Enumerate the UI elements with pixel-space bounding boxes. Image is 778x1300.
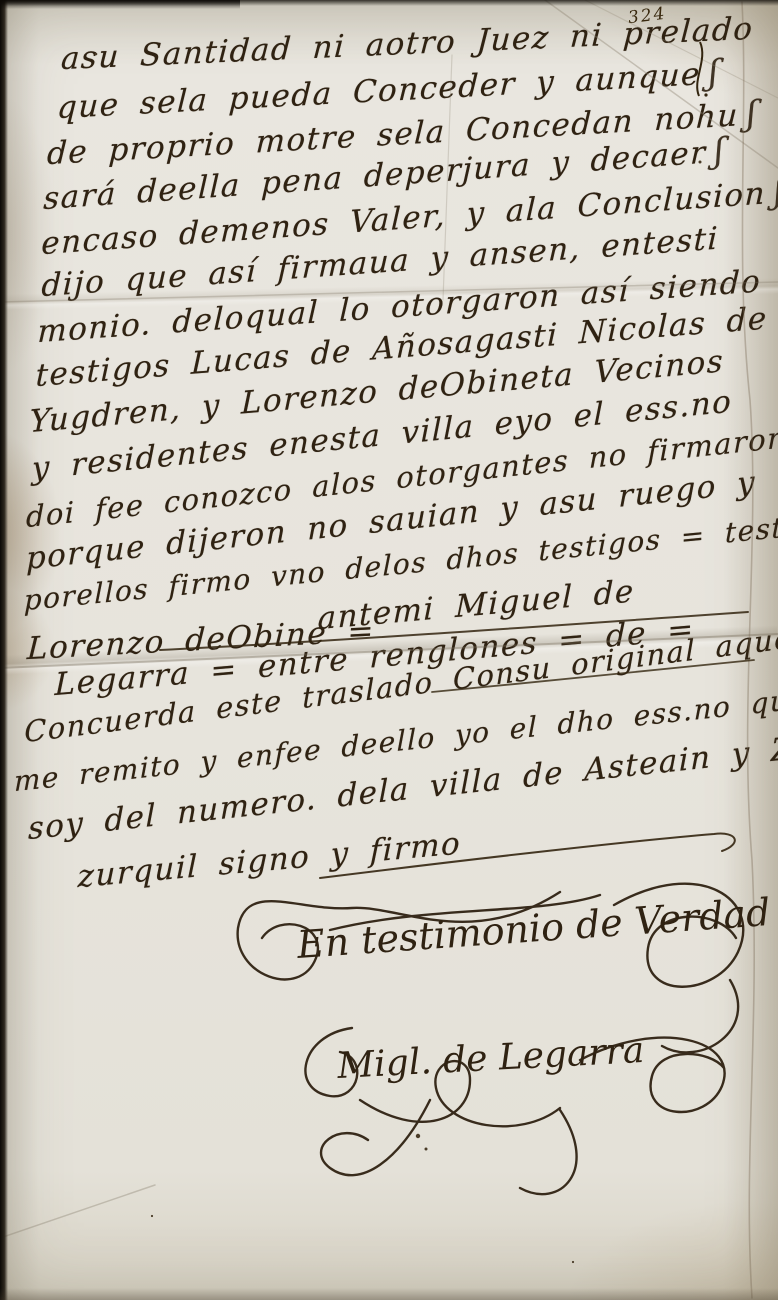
signature-line-1: En testimonio de Verdad <box>295 890 772 967</box>
manuscript-page-scan: 324 asu Santidad ni aotro Juez ni prelad… <box>0 0 778 1300</box>
signature-flourish <box>238 884 744 1194</box>
manuscript-line: zurquil signo y firmo <box>77 828 461 893</box>
scan-edge-left <box>0 0 8 1300</box>
signature-line-2: Migl. de Legarra <box>335 1030 645 1087</box>
scan-edge-bottom <box>0 1288 778 1300</box>
scan-edge-top-left <box>0 0 240 9</box>
